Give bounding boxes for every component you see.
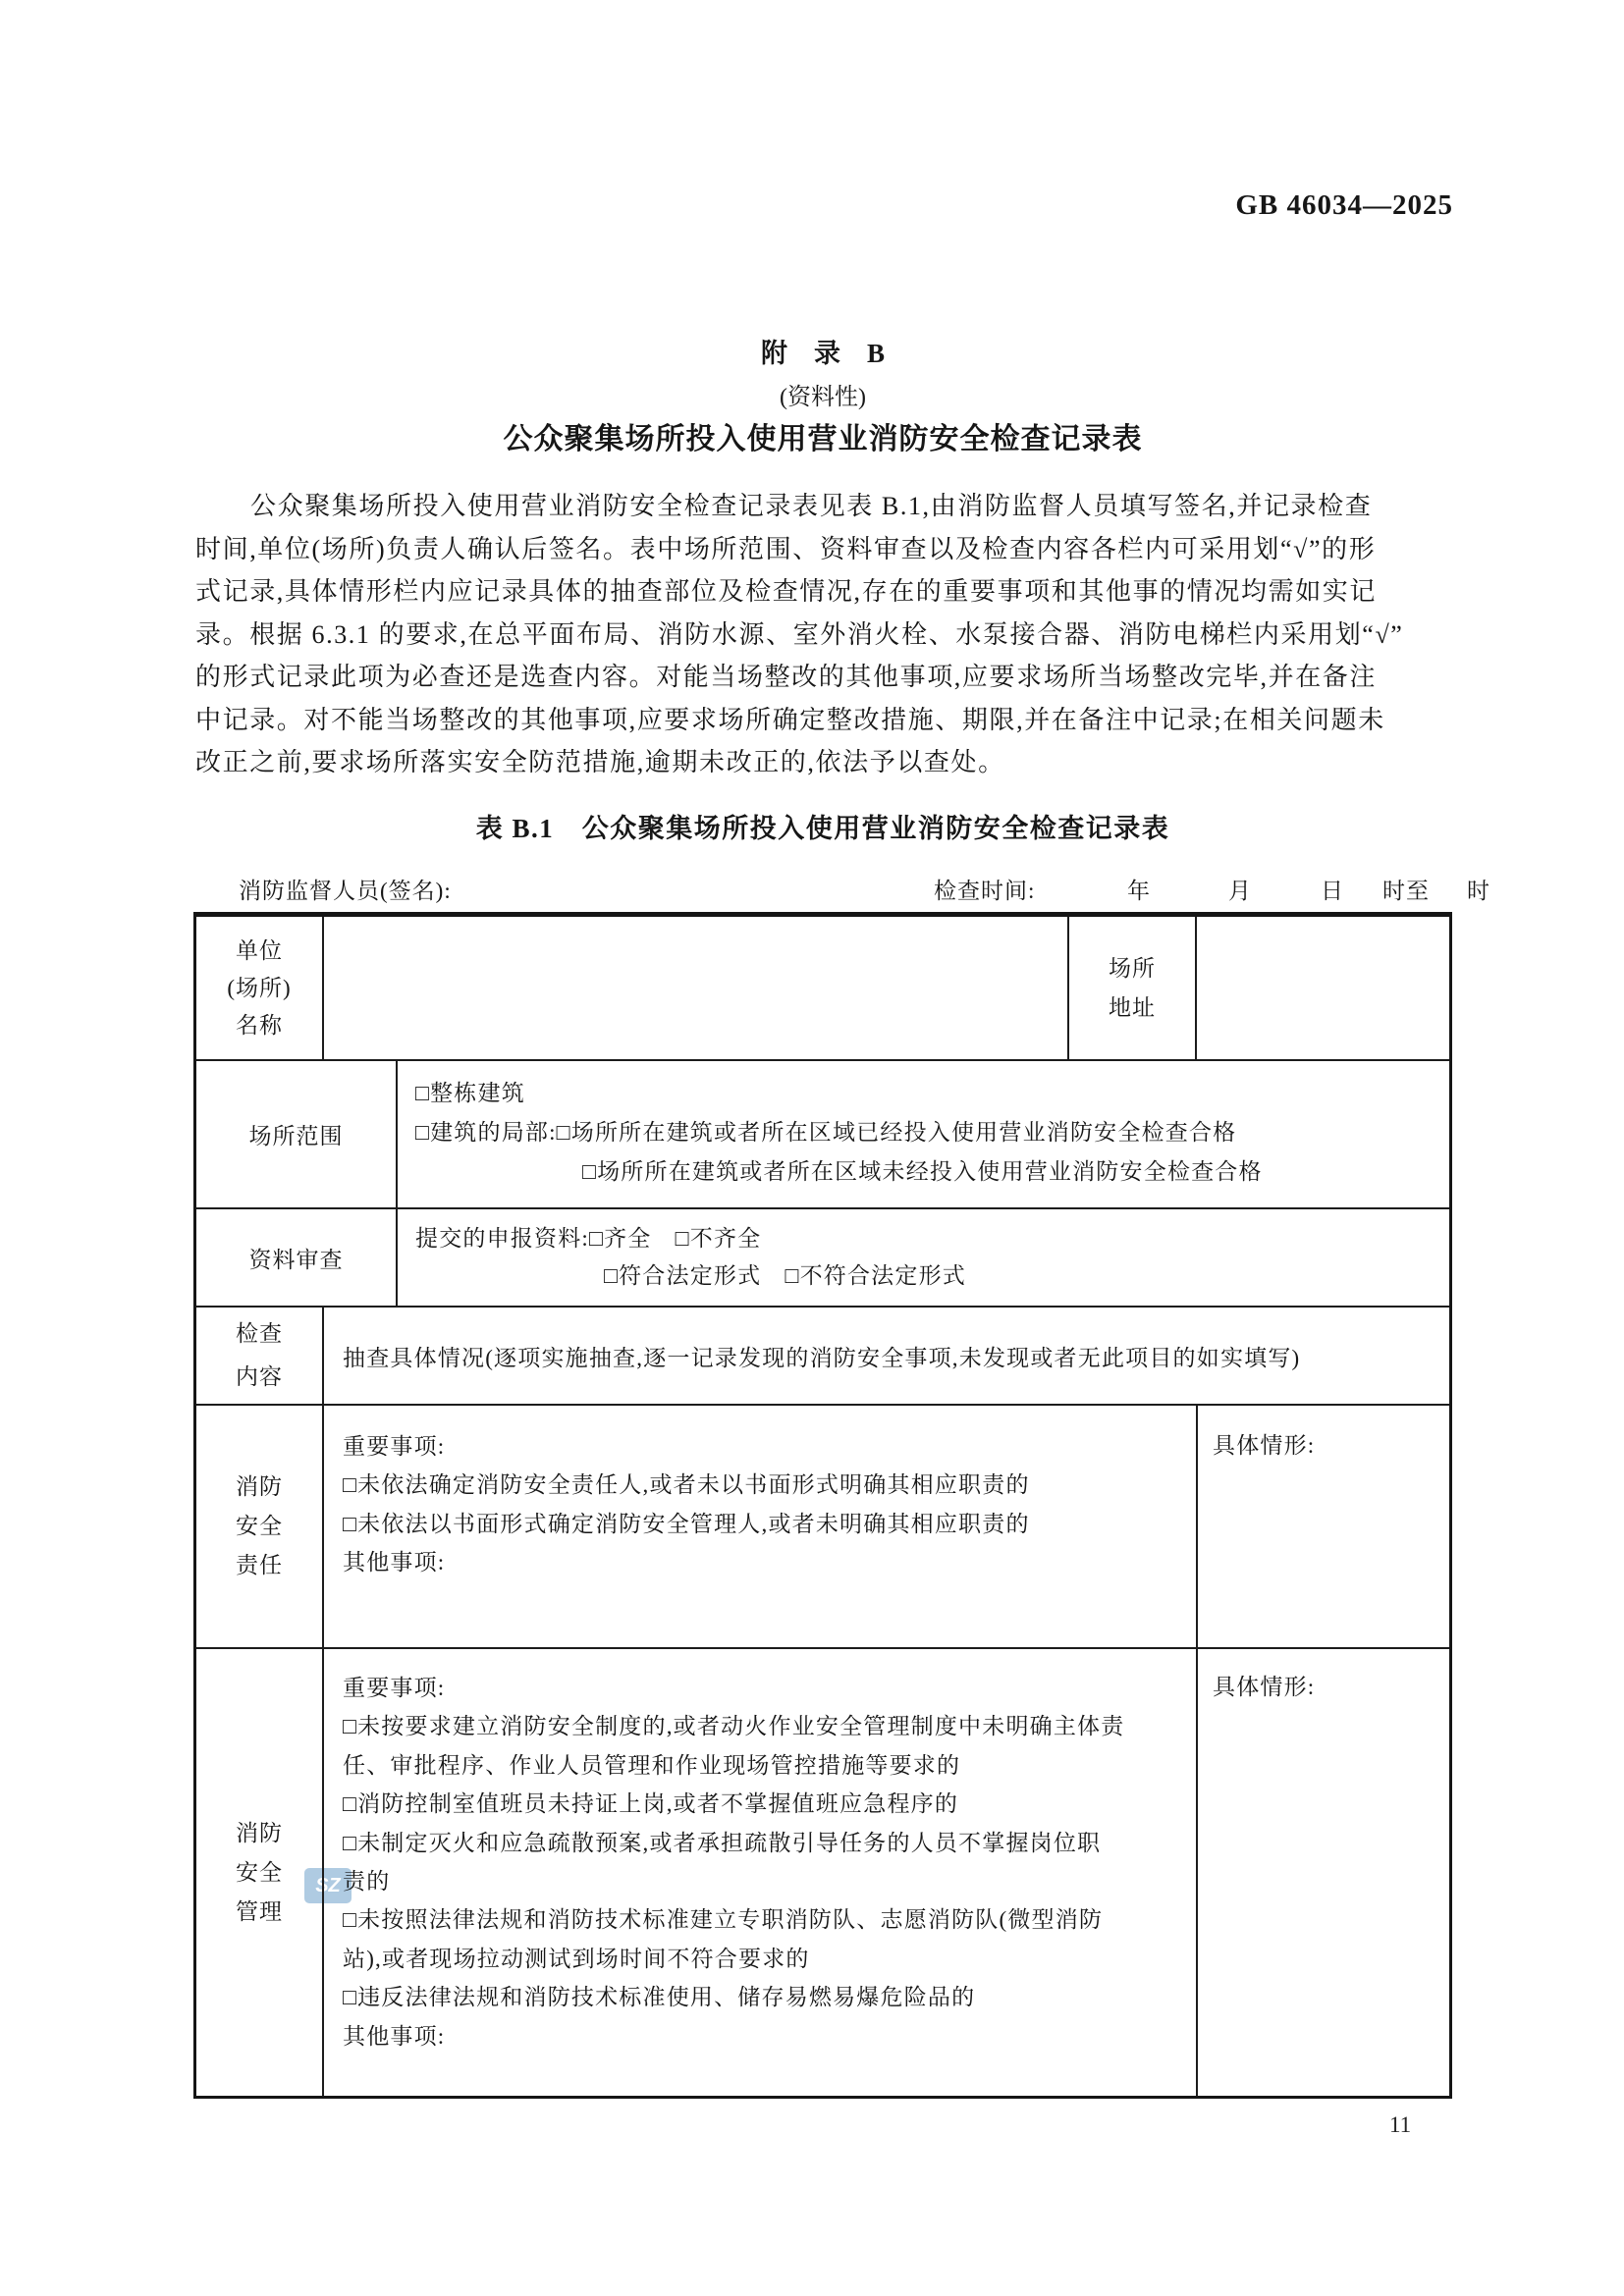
table-caption: 表 B.1 公众聚集场所投入使用营业消防安全检查记录表	[193, 807, 1452, 845]
checkbox-line: □场所所在建筑或者所在区域未经投入使用营业消防安全检查合格	[582, 1152, 1449, 1192]
text-line: 单位	[236, 933, 283, 970]
text-line: 重要事项:	[343, 1427, 1196, 1466]
place-scope-content: □整栋建筑 □建筑的局部:□场所所在建筑或者所在区域已经投入使用营业消防安全检查…	[396, 1061, 1449, 1207]
fire-safety-duty-row: 消防安全责任 重要事项:□未依法确定消防安全责任人,或者未以书面形式明确其相应职…	[196, 1404, 1449, 1647]
checkbox-line: 提交的申报资料:□齐全 □不齐全	[415, 1220, 1449, 1257]
standard-code: GB 46034—2025	[1235, 189, 1453, 222]
text-line: 录。根据 6.3.1 的要求,在总平面布局、消防水源、室外消火栓、水泵接合器、消…	[195, 614, 1464, 657]
checkbox-line: □符合法定形式 □不符合法定形式	[604, 1257, 1449, 1295]
text-line: □消防控制室值班员未持证上岗,或者不掌握值班应急程序的	[343, 1785, 1196, 1823]
fire-safety-duty-label: 消防安全责任	[196, 1406, 322, 1647]
check-content-label: 检查内容	[196, 1308, 322, 1404]
text-line: 站),或者现场拉动测试到场时间不符合要求的	[343, 1940, 1196, 1978]
place-scope-label: 场所范围	[196, 1061, 396, 1207]
detail-label: 具体情形:	[1213, 1433, 1315, 1458]
text-line: 名称	[236, 1007, 283, 1044]
text-line: □违反法律法规和消防技术标准使用、储存易燃易爆危险品的	[343, 1978, 1196, 2016]
check-content-text-cell: 抽查具体情况(逐项实施抽查,逐一记录发现的消防安全事项,未发现或者无此项目的如实…	[322, 1308, 1449, 1404]
place-scope-row: 场所范围 □整栋建筑 □建筑的局部:□场所所在建筑或者所在区域已经投入使用营业消…	[196, 1059, 1449, 1207]
text-line: 任、审批程序、作业人员管理和作业现场管控措施等要求的	[343, 1746, 1196, 1785]
place-address-blank-cell	[1195, 917, 1449, 1059]
material-review-row: 资料审查 提交的申报资料:□齐全 □不齐全 □符合法定形式 □不符合法定形式	[196, 1207, 1449, 1306]
page-number: 11	[1389, 2112, 1411, 2138]
text-line: □未依法以书面形式确定消防安全管理人,或者未明确其相应职责的	[343, 1505, 1196, 1543]
day-label: 日	[1321, 873, 1344, 905]
hour-to-label: 时至	[1382, 873, 1430, 905]
text-line: 中记录。对不能当场整改的其他事项,应要求场所确定整改措施、期限,并在备注中记录;…	[195, 699, 1464, 742]
text-line: 管理	[236, 1893, 283, 1932]
text-line: 消防	[236, 1814, 283, 1853]
text-line: 消防	[236, 1468, 283, 1507]
text-line: 检查	[236, 1312, 283, 1356]
year-label: 年	[1127, 873, 1151, 905]
check-content-text: 抽查具体情况(逐项实施抽查,逐一记录发现的消防安全事项,未发现或者无此项目的如实…	[343, 1340, 1300, 1372]
fire-safety-mgmt-items: 重要事项:□未按要求建立消防安全制度的,或者动火作业安全管理制度中未明确主体责任…	[322, 1649, 1196, 2096]
checkbox-line: □整栋建筑	[415, 1074, 1449, 1113]
text-line: 其他事项:	[343, 2017, 1196, 2056]
material-review-content: 提交的申报资料:□齐全 □不齐全 □符合法定形式 □不符合法定形式	[396, 1209, 1449, 1306]
intro-paragraph: 公众聚集场所投入使用营业消防安全检查记录表见表 B.1,由消防监督人员填写签名,…	[195, 485, 1464, 784]
text-line: 责的	[343, 1862, 1196, 1900]
unit-name-row: 单位(场所)名称 场所地址	[196, 917, 1449, 1059]
text-line: 其他事项:	[343, 1543, 1196, 1581]
hour-label: 时	[1467, 873, 1490, 905]
unit-name-label: 单位(场所)名称	[196, 917, 322, 1059]
text-line: 场所	[1109, 949, 1156, 988]
text-line: □未制定灭火和应急疏散预案,或者承担疏散引导任务的人员不掌握岗位职	[343, 1824, 1196, 1862]
mgmt-detail-cell: 具体情形:	[1196, 1649, 1449, 2096]
check-content-row: 检查内容 抽查具体情况(逐项实施抽查,逐一记录发现的消防安全事项,未发现或者无此…	[196, 1306, 1449, 1404]
text-line: 安全	[236, 1853, 283, 1893]
text-line: 的形式记录此项为必查还是选查内容。对能当场整改的其他事项,应要求场所当场整改完毕…	[195, 656, 1464, 699]
duty-detail-cell: 具体情形:	[1196, 1406, 1449, 1647]
month-label: 月	[1228, 873, 1252, 905]
text-line: □未按要求建立消防安全制度的,或者动火作业安全管理制度中未明确主体责	[343, 1707, 1196, 1745]
text-line: 式记录,具体情形栏内应记录具体的抽查部位及检查情况,存在的重要事项和其他事的情况…	[195, 570, 1464, 614]
record-table: 单位(场所)名称 场所地址 场所范围 □整栋建筑 □建筑的局部:□场所所在建筑或…	[193, 912, 1452, 2099]
detail-label: 具体情形:	[1213, 1675, 1315, 1699]
text-line: 时间,单位(场所)负责人确认后签名。表中场所范围、资料审查以及检查内容各栏内可采…	[195, 528, 1464, 571]
text-line: 重要事项:	[343, 1669, 1196, 1707]
text-line: 改正之前,要求场所落实安全防范措施,逾期未改正的,依法予以查处。	[195, 741, 1464, 784]
inspector-signature-label: 消防监督人员(签名):	[239, 873, 452, 905]
text-line: □未依法确定消防安全责任人,或者未以书面形式明确其相应职责的	[343, 1466, 1196, 1504]
checkbox-line: □建筑的局部:□场所所在建筑或者所在区域已经投入使用营业消防安全检查合格	[415, 1113, 1449, 1152]
check-time-label: 检查时间:	[934, 873, 1035, 905]
text-line: 责任	[236, 1546, 283, 1585]
document-page: { "page": { "header_code": "GB 46034—202…	[0, 0, 1624, 2296]
fire-safety-mgmt-label: 消防安全管理	[196, 1649, 322, 2096]
text-line: 地址	[1109, 988, 1156, 1028]
fire-safety-duty-items: 重要事项:□未依法确定消防安全责任人,或者未以书面形式明确其相应职责的□未依法以…	[322, 1406, 1196, 1647]
place-address-label: 场所地址	[1067, 917, 1195, 1059]
text-line: □未按照法律法规和消防技术标准建立专职消防队、志愿消防队(微型消防	[343, 1900, 1196, 1939]
text-line: 公众聚集场所投入使用营业消防安全检查记录表见表 B.1,由消防监督人员填写签名,…	[195, 485, 1464, 528]
text-line: 安全	[236, 1507, 283, 1546]
material-review-label: 资料审查	[196, 1209, 396, 1306]
appendix-main-title: 公众聚集场所投入使用营业消防安全检查记录表	[193, 414, 1452, 457]
appendix-subtitle: (资料性)	[193, 377, 1452, 411]
unit-name-blank-cell	[322, 917, 1067, 1059]
appendix-title: 附 录 B	[193, 332, 1452, 370]
text-line: 内容	[236, 1356, 283, 1399]
text-line: (场所)	[227, 970, 291, 1007]
fire-safety-mgmt-row: 消防安全管理 重要事项:□未按要求建立消防安全制度的,或者动火作业安全管理制度中…	[196, 1647, 1449, 2096]
